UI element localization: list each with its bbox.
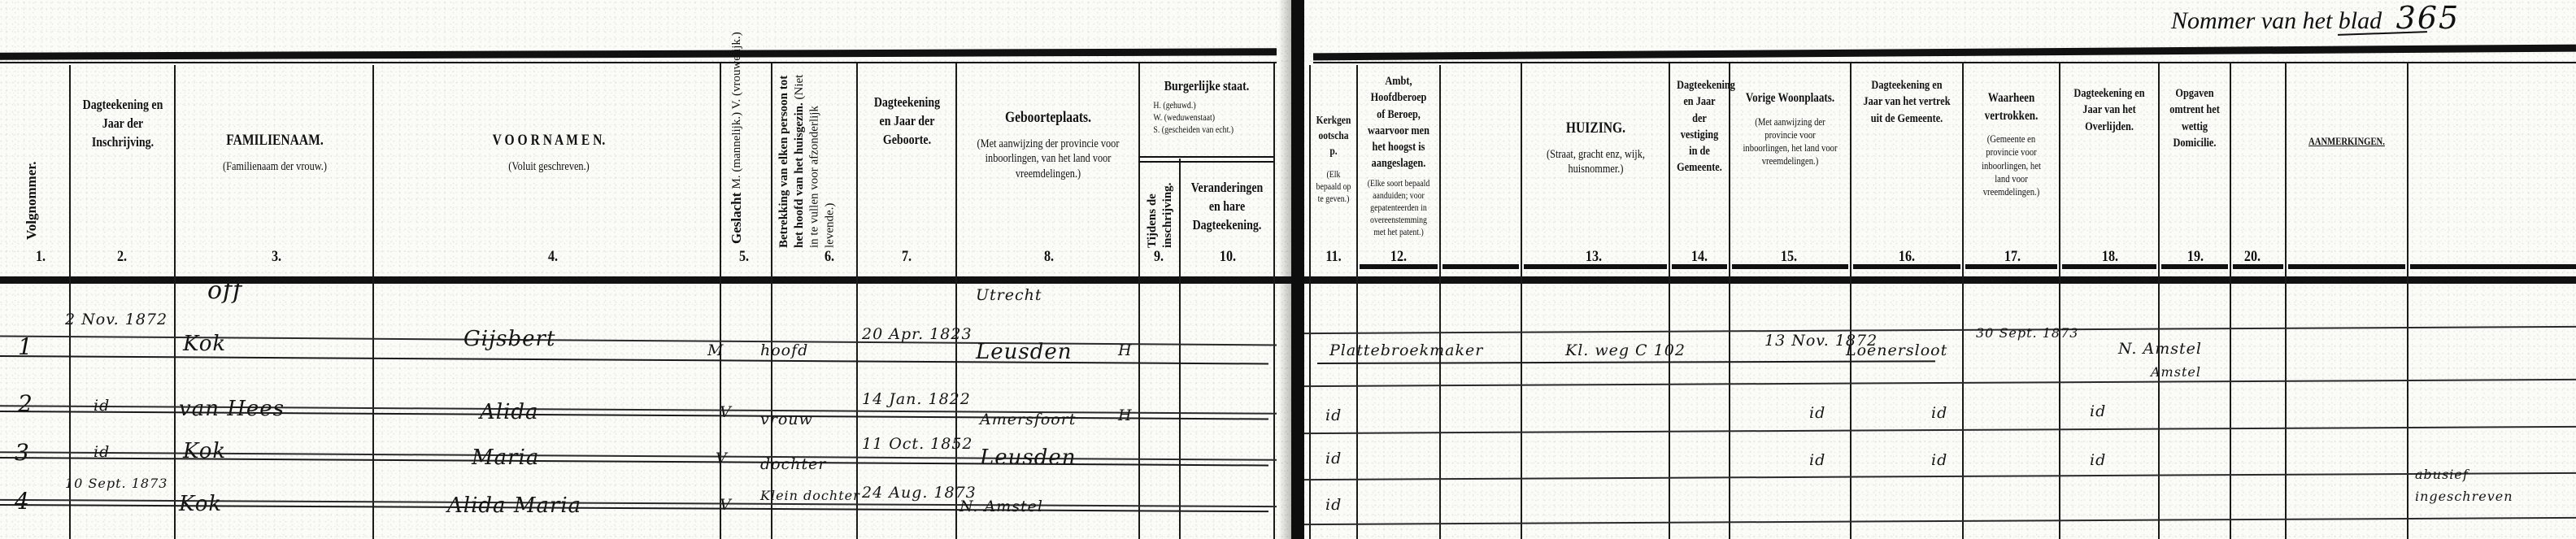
sheet-label: Nommer van het blad [2171, 7, 2382, 34]
header-geboorteplaats-title: Geboorteplaats. [976, 107, 1121, 128]
header-bottom-rule-left [0, 276, 1291, 284]
cell-voornamen: Maria [472, 446, 539, 470]
cell-geboorte: 20 Apr. 1823 [862, 325, 973, 343]
col-divider [1729, 63, 1730, 539]
col-num-20: 20. [2239, 248, 2266, 266]
cell-geboorte: 11 Oct. 1852 [862, 435, 973, 453]
col-num-12: 12. [1385, 248, 1412, 266]
cell-voornamen: Alida Maria [447, 493, 581, 518]
col-divider [1521, 63, 1522, 539]
cell-vertrek: id [1931, 451, 1947, 469]
col-divider [174, 65, 176, 539]
cell-waarheen-line2: Amstel [2151, 364, 2201, 380]
header-vorige-title: Vorige Woonplaats. [1746, 91, 1834, 105]
col-num-6: 6. [816, 248, 843, 266]
header-veranderingen: Veranderingen en hare Dagteekening. [1190, 179, 1264, 235]
cell-huizing: Kl. weg C 102 [1565, 341, 1686, 359]
legend-w: W. (weduwenstaat) [1153, 111, 1260, 124]
header-familienaam: FAMILIENAAM. (Familienaam der vrouw.) [196, 130, 354, 174]
header-vestiging: Dagteekening en Jaar der vestiging in de… [1677, 77, 1722, 176]
cell-vorige-woonplaats: id [1809, 404, 1825, 422]
cell-betrekking: hoofd [760, 341, 808, 359]
col-num-17: 17. [1999, 248, 2026, 266]
book-spine [1291, 0, 1304, 539]
cell-geboorteplaats: N. Amstel [959, 498, 1043, 515]
cell-aanmerkingen: abusief ingeschreven [2415, 463, 2569, 507]
header-beroep-title: Ambt, Hoofdberoep of Beroep, waarvoor me… [1368, 75, 1429, 170]
col-rule [1442, 264, 1519, 269]
col-divider [856, 63, 858, 539]
col-num-11: 11. [1320, 248, 1347, 266]
page-gutter-shadow [1278, 0, 1291, 539]
header-waarheen-sub: (Gemeente en provincie voor inboorlingen… [1973, 133, 2049, 198]
cell-inschrijving: 2 Nov. 1872 [65, 311, 168, 328]
cell-voornamen: Gijsbert [463, 327, 555, 351]
header-waarheen-title: Waarheen vertrokken. [1985, 91, 2039, 123]
col-divider [2158, 62, 2160, 539]
cell-betrekking: Klein dochter [760, 488, 860, 503]
cell-geslacht: M [707, 341, 724, 359]
header-betrekking-title: Betrekking van elken persoon tot het hoo… [777, 76, 806, 248]
header-geboorteplaats-sub: (Met aanwijzing der provincie voor inboo… [976, 137, 1121, 182]
col-divider [720, 63, 721, 539]
col-num-19: 19. [2182, 248, 2209, 266]
cell-inschrijving: 10 Sept. 1873 [65, 476, 168, 491]
sheet-number: 365 [2396, 0, 2461, 36]
cell-burgerlijke-staat: H [1118, 406, 1133, 424]
cell-voornamen: Alida [480, 400, 539, 424]
col-num-10: 10. [1214, 248, 1242, 266]
col-rule [2410, 264, 2576, 269]
header-kerk-sub: (Elk bepaald op te geven.) [1315, 168, 1352, 205]
col-num-7: 7. [893, 248, 920, 266]
col-divider [69, 65, 71, 539]
legend-s: S. (gescheiden van echt.) [1153, 124, 1260, 136]
burgerlijke-staat-legend: H. (gehuwd.) W. (weduwenstaat) S. (gesch… [1153, 99, 1260, 136]
cell-vorige-woonplaats: id [1809, 451, 1825, 469]
col-num-1: 1. [27, 248, 54, 266]
cell-volgnummer: 3 [15, 439, 29, 466]
burgerlijke-staat-rule [1138, 161, 1273, 163]
col-divider [2285, 62, 2287, 539]
cell-kerk: id [1325, 406, 1342, 424]
header-voornamen: V O O R N A M E N. (Voluit geschreven.) [412, 130, 685, 174]
header-vertrek: Dagteekening en Jaar van het vertrek uit… [1863, 77, 1951, 127]
row-rule [1304, 326, 2576, 334]
col-divider [955, 63, 957, 539]
header-top-thin-rule-right [1313, 62, 2576, 63]
burgerlijke-staat-rule [1138, 156, 1273, 158]
col-num-2: 2. [108, 248, 136, 266]
cell-geslacht: V [720, 403, 732, 421]
header-huizing-title: HUIZING. [1538, 118, 1655, 139]
header-bottom-rule-right [1304, 276, 2576, 284]
row-rule [1304, 472, 2576, 480]
row-rule [1304, 517, 2576, 525]
col-num-14: 14. [1686, 248, 1713, 266]
cell-familienaam-prev: off [207, 276, 242, 305]
row-rule [1304, 379, 2576, 387]
header-inschrijving: Dagteekening en Jaar der Inschrijving. [82, 96, 163, 152]
header-geslacht-sub: M. (mannelijk.) V. (vrouwelijk.) [730, 32, 743, 189]
legend-h: H. (gehuwd.) [1153, 99, 1260, 111]
col-num-15: 15. [1775, 248, 1803, 266]
col-divider [2059, 62, 2060, 539]
col-divider [1138, 63, 1140, 539]
cell-kerk: id [1325, 450, 1342, 467]
col-rule [2288, 264, 2405, 269]
col-divider [1962, 62, 1964, 539]
header-kerkgenootschap: Kerkgenootschap. (Elk bepaald op te geve… [1315, 114, 1352, 205]
header-vorige-woonplaats: Vorige Woonplaats. (Met aanwijzing der p… [1743, 89, 1838, 168]
col-num-13: 13. [1580, 248, 1608, 266]
cell-geboorteplaats-prev: Utrecht [976, 286, 1042, 304]
header-vorige-sub: (Met aanwijzing der provincie voor inboo… [1743, 115, 1838, 168]
header-geslacht-title: Geslacht [729, 193, 744, 244]
cell-familienaam: van Hees [179, 397, 285, 421]
cell-burgerlijke-staat: H [1118, 341, 1133, 359]
header-geboorteplaats: Geboorteplaats. (Met aanwijzing der prov… [976, 107, 1121, 182]
cell-waarheen: id [2090, 451, 2106, 469]
header-geboorte: Dagteekening en Jaar der Geboorte. [868, 93, 945, 150]
col-num-5: 5. [730, 248, 758, 266]
cell-vorige-woonplaats: Loenersloot [1846, 341, 1947, 359]
header-beroep: Ambt, Hoofdberoep of Beroep, waarvoor me… [1367, 73, 1431, 238]
cell-waarheen: id [2090, 402, 2106, 420]
col-divider [1273, 63, 1275, 539]
cell-familienaam: Kok [179, 492, 222, 516]
col-divider [1179, 159, 1181, 539]
header-volgnommer: Volgnommer. [23, 93, 40, 240]
cell-beroep: Plattebroekmaker [1329, 341, 1483, 359]
header-familienaam-title: FAMILIENAAM. [196, 130, 354, 151]
cell-volgnummer: 4 [15, 488, 29, 515]
header-huizing-sub: (Straat, gracht enz, wijk, huisnommer.) [1538, 147, 1655, 178]
col-num-9: 9. [1145, 248, 1173, 266]
strikethrough-line [1317, 360, 1935, 364]
cell-familienaam: Kok [183, 332, 226, 356]
header-voornamen-sub: (Voluit geschreven.) [412, 159, 685, 175]
header-tijdens-inschrijving: Tijdens de inschrijving. [1145, 167, 1176, 248]
cell-vertrek: 30 Sept. 1873 [1976, 325, 2078, 341]
cell-vertrek: id [1931, 404, 1947, 422]
cell-geslacht: V [720, 496, 732, 514]
header-overlijden: Dagteekening en Jaar van het Overlijden. [2070, 85, 2147, 135]
col-divider [1309, 65, 1311, 539]
sheet-number-label: Nommer van het blad 365 [2171, 0, 2460, 36]
header-top-rule-left [0, 48, 1277, 59]
header-burgerlijke-staat: Burgerlijke staat. H. (gehuwd.) W. (wedu… [1153, 77, 1260, 136]
col-divider [2230, 62, 2231, 539]
header-betrekking: Betrekking van elken persoon tot het hoo… [777, 73, 838, 248]
col-num-8: 8. [1035, 248, 1063, 266]
header-geboorte-text: Dagteekening en Jaar der Geboorte. [874, 94, 940, 147]
header-domicilie: Opgaven omtrent het wettig Domicilie. [2167, 85, 2221, 151]
col-divider [1669, 63, 1670, 539]
cell-geboorteplaats: Leusden [980, 446, 1077, 470]
col-num-16: 16. [1893, 248, 1921, 266]
header-aanmerkingen: AANMERKINGEN. [2299, 134, 2395, 149]
header-top-thin-rule-left [0, 62, 1277, 63]
header-familienaam-sub: (Familienaam der vrouw.) [196, 159, 354, 175]
burgerlijke-staat-title: Burgerlijke staat. [1164, 78, 1250, 93]
col-num-3: 3. [263, 248, 290, 266]
cell-betrekking: vrouw [760, 411, 813, 428]
cell-geboorte: 14 Jan. 1822 [862, 390, 971, 408]
cell-waarheen: N. Amstel [2118, 340, 2202, 358]
header-voornamen-title: V O O R N A M E N. [412, 130, 685, 151]
cell-geboorteplaats: Amersfoort [980, 411, 1076, 428]
col-divider [1439, 65, 1441, 539]
col-divider [372, 65, 374, 539]
col-divider [1850, 63, 1851, 539]
cell-volgnummer: 2 [18, 390, 33, 417]
cell-betrekking: dochter [760, 455, 826, 473]
header-inschrijving-text: Dagteekening en Jaar der Inschrijving. [83, 97, 163, 150]
col-num-4: 4. [539, 248, 567, 266]
cell-geslacht: V [716, 450, 728, 467]
row-rule [1304, 426, 2576, 434]
header-geslacht: Geslacht M. (mannelijk.) V. (vrouwelijk.… [728, 73, 745, 244]
col-divider [2407, 62, 2408, 539]
header-waarheen: Waarheen vertrokken. (Gemeente en provin… [1973, 89, 2049, 198]
strikethrough-line [0, 355, 1268, 365]
header-kerk-title: Kerkgenootschap. [1316, 115, 1351, 158]
col-num-18: 18. [2096, 248, 2124, 266]
cell-kerk: id [1325, 496, 1342, 514]
header-huizing: HUIZING. (Straat, gracht enz, wijk, huis… [1538, 118, 1655, 177]
header-beroep-sub: (Elke soort bepaald aanduiden; voor gepa… [1367, 177, 1431, 238]
header-top-rule-right [1313, 45, 2576, 61]
col-divider [1356, 65, 1358, 539]
